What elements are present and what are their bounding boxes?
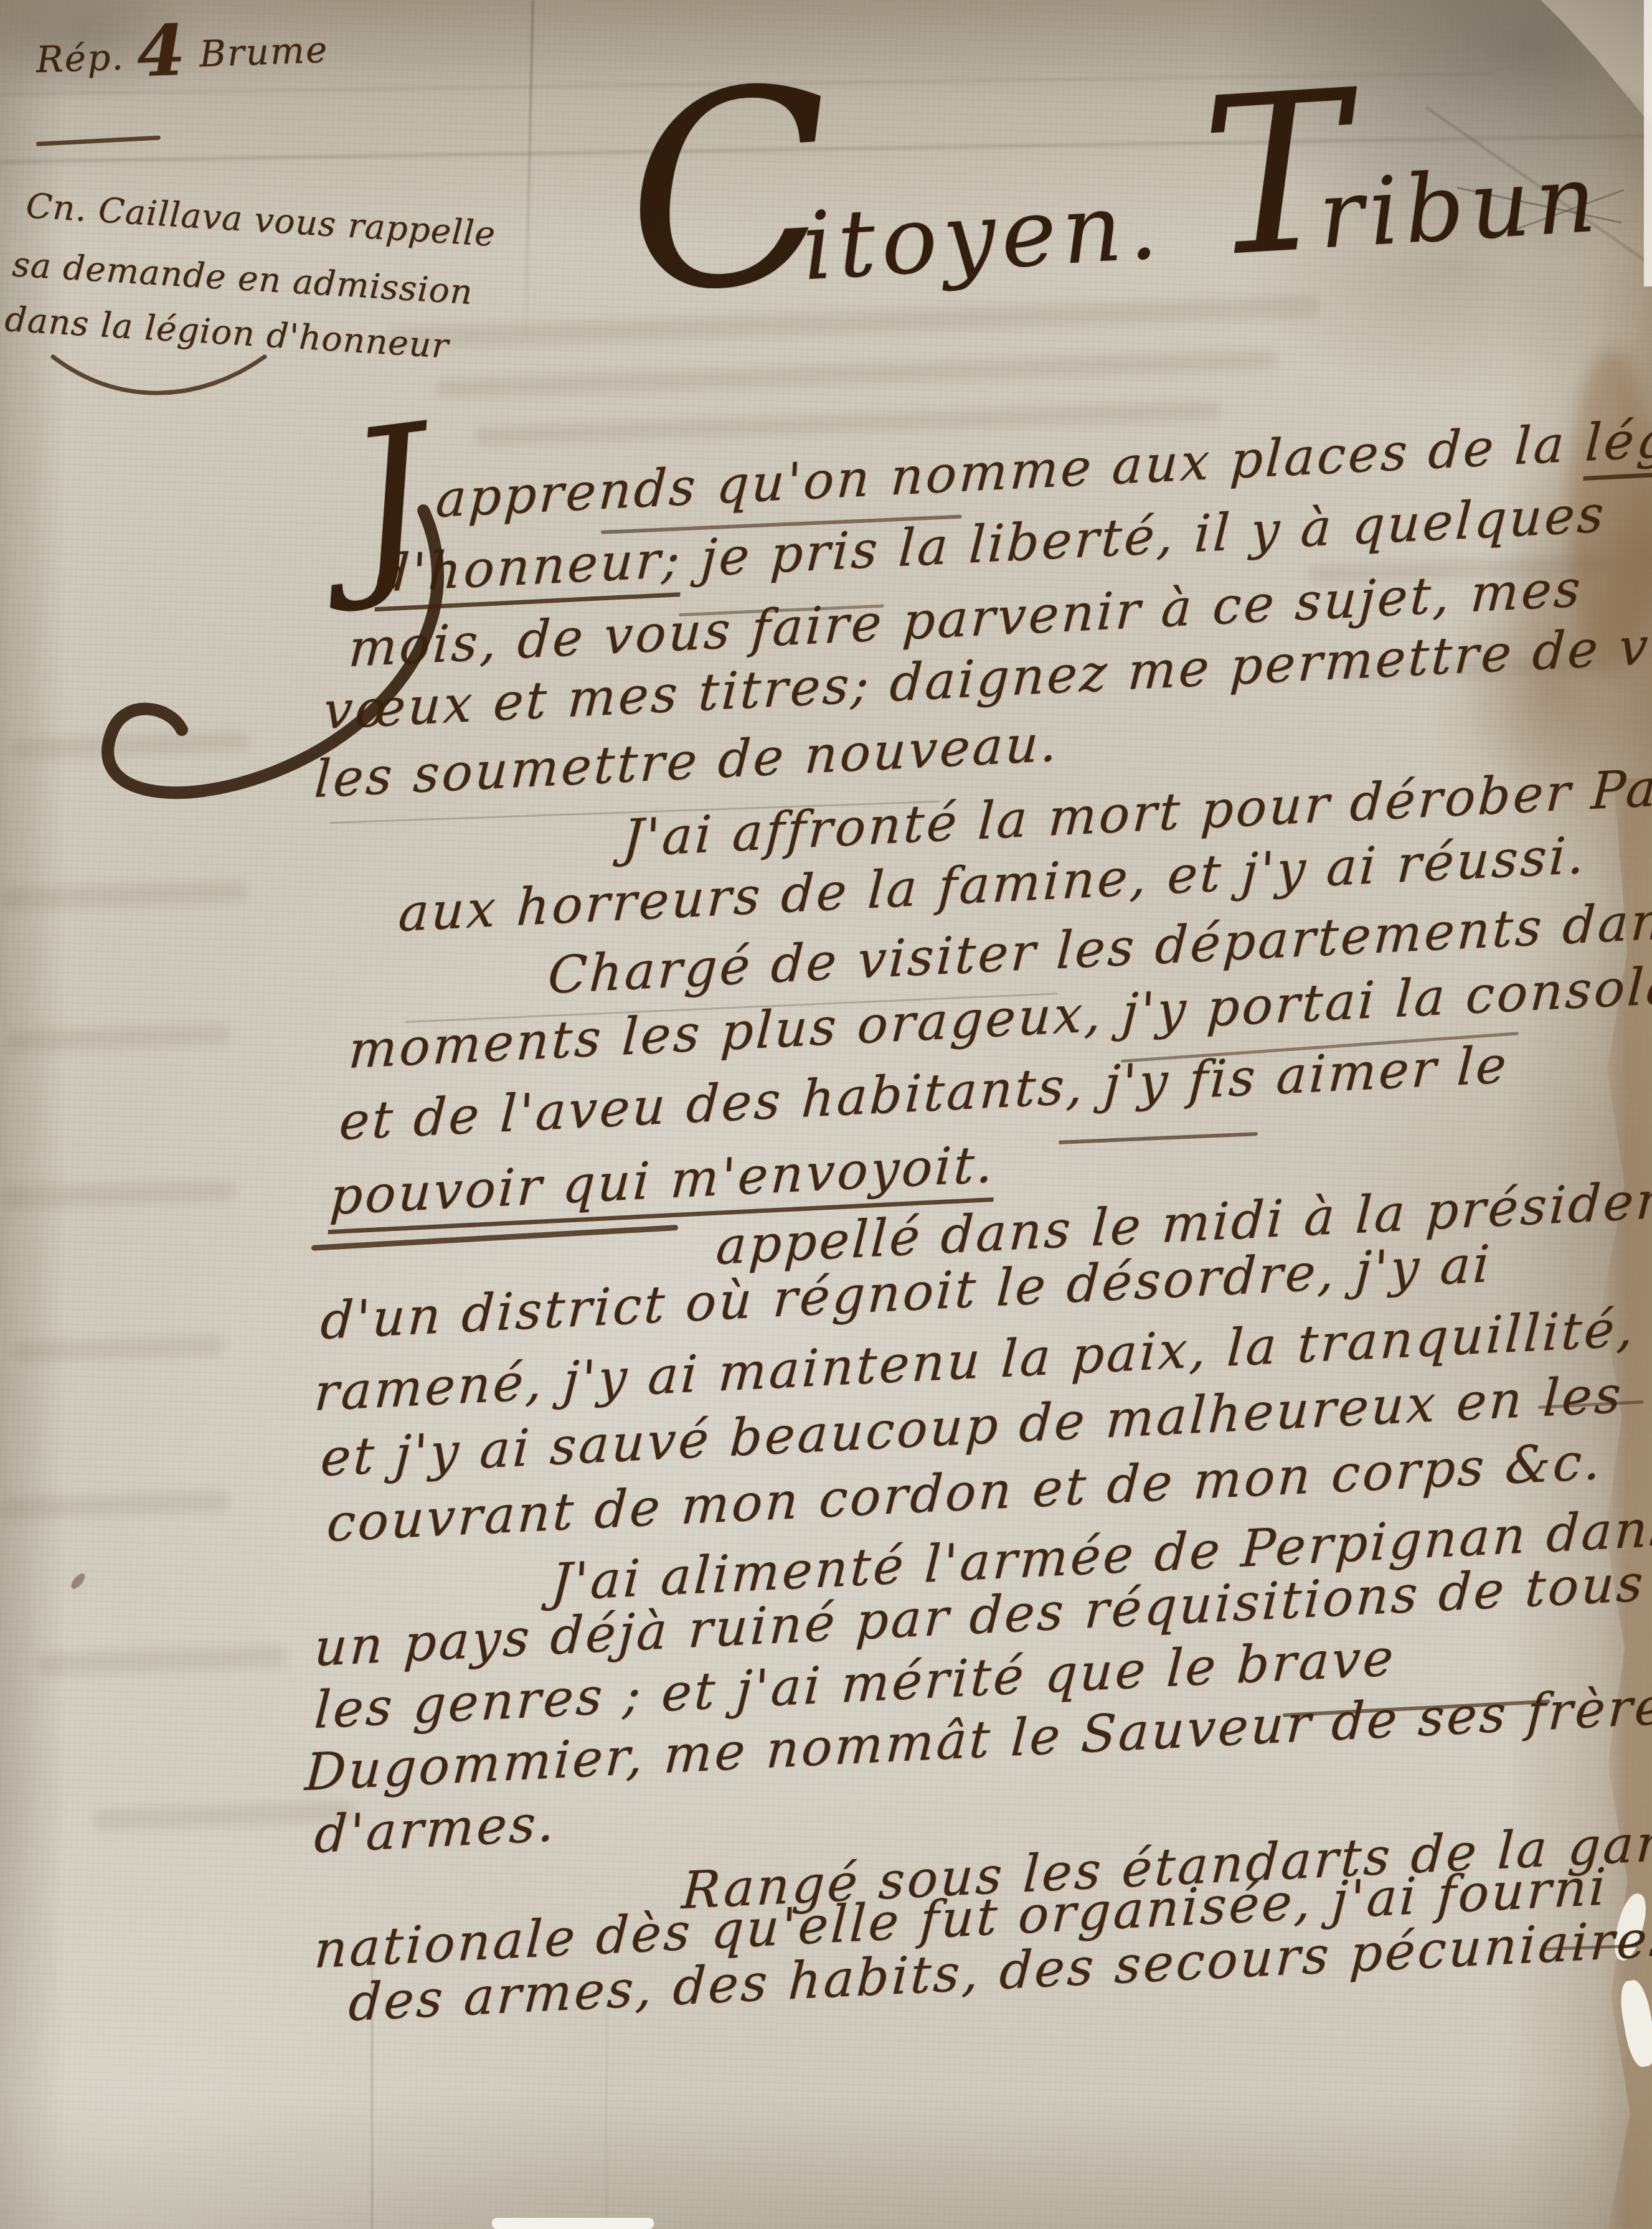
salutation-word-2: ribun — [1316, 144, 1605, 270]
reply-note-month: Brume — [199, 29, 329, 75]
crease-vertical-bottom-mid — [606, 1992, 607, 2229]
manuscript-photo: Rép. 4 Brume Cn. Caillava vous rappelle … — [0, 0, 1652, 2229]
line-text: d'armes. — [313, 1794, 558, 1865]
reply-note-prefix: Rép. — [35, 35, 125, 81]
photo-background-sliver-top-right — [1644, 0, 1652, 286]
letter-line-p5-l5: d'armes. — [313, 1794, 558, 1865]
tear-sliver-bottom — [492, 2218, 654, 2229]
margin-note-flourish — [44, 341, 280, 416]
underlined-word-legion: légion — [1583, 405, 1652, 481]
salutation-word-1: itoyen. — [800, 171, 1166, 301]
reply-note-day: 4 — [135, 10, 187, 93]
